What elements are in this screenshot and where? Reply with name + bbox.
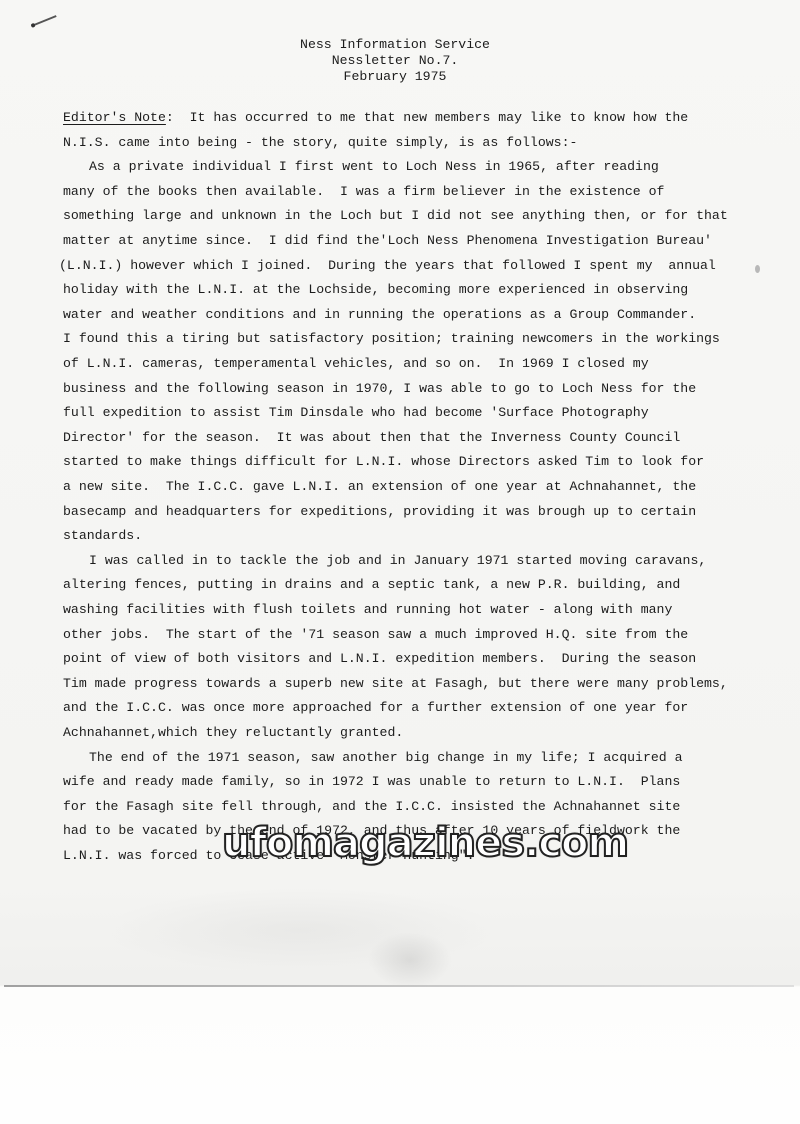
staple-mark — [34, 15, 57, 26]
issue-number: Nessletter No.7. — [0, 53, 790, 69]
page-fold-line — [4, 985, 794, 987]
paragraph-line: wife and ready made family, so in 1972 I… — [63, 774, 680, 790]
paragraph-line: matter at anytime since. I did find the'… — [63, 233, 712, 249]
punch-mark — [755, 265, 760, 273]
scanned-page: Ness Information Service Nessletter No.7… — [0, 0, 800, 1124]
paragraph-line: business and the following season in 197… — [63, 381, 696, 397]
org-name: Ness Information Service — [0, 37, 790, 53]
paragraph-line: Tim made progress towards a superb new s… — [63, 676, 728, 692]
paragraph-line: basecamp and headquarters for expedition… — [63, 504, 696, 520]
paragraph-line: point of view of both visitors and L.N.I… — [63, 651, 696, 667]
paragraph-line: (L.N.I.) however which I joined. During … — [59, 258, 716, 274]
editor-note-label: Editor's Note — [63, 110, 166, 125]
paragraph-line: other jobs. The start of the '71 season … — [63, 627, 688, 643]
editor-note-text: : It has occurred to me that new members… — [166, 110, 688, 125]
paragraph-line: many of the books then available. I was … — [63, 184, 664, 200]
paragraph-line: for the Fasagh site fell through, and th… — [63, 799, 680, 815]
paragraph-line: water and weather conditions and in runn… — [63, 307, 696, 323]
paragraph-line: altering fences, putting in drains and a… — [63, 577, 680, 593]
paragraph-line: The end of the 1971 season, saw another … — [89, 750, 683, 766]
paragraph-line: of L.N.I. cameras, temperamental vehicle… — [63, 356, 649, 372]
paragraph-line: something large and unknown in the Loch … — [63, 208, 728, 224]
watermark: ufomagazines.com — [222, 823, 628, 863]
paragraph-line: Achnahannet,which they reluctantly grant… — [63, 725, 403, 741]
issue-date: February 1975 — [0, 69, 790, 85]
paragraph-line: started to make things difficult for L.N… — [63, 454, 704, 470]
paragraph-line: and the I.C.C. was once more approached … — [63, 700, 688, 716]
paragraph-line: holiday with the L.N.I. at the Lochside,… — [63, 282, 688, 298]
paragraph-line: Director' for the season. It was about t… — [63, 430, 680, 446]
paragraph-line: As a private individual I first went to … — [89, 159, 659, 175]
editor-note-line: Editor's Note: It has occurred to me tha… — [63, 110, 688, 126]
paragraph-line: washing facilities with flush toilets an… — [63, 602, 672, 618]
paragraph-line: I found this a tiring but satisfactory p… — [63, 331, 720, 347]
editor-note-line: N.I.S. came into being - the story, quit… — [63, 135, 577, 151]
paragraph-line: I was called in to tackle the job and in… — [89, 553, 706, 569]
newsletter-header: Ness Information Service Nessletter No.7… — [0, 37, 790, 85]
paragraph-line: standards. — [63, 528, 142, 544]
paragraph-line: full expedition to assist Tim Dinsdale w… — [63, 405, 649, 421]
paragraph-line: a new site. The I.C.C. gave L.N.I. an ex… — [63, 479, 696, 495]
